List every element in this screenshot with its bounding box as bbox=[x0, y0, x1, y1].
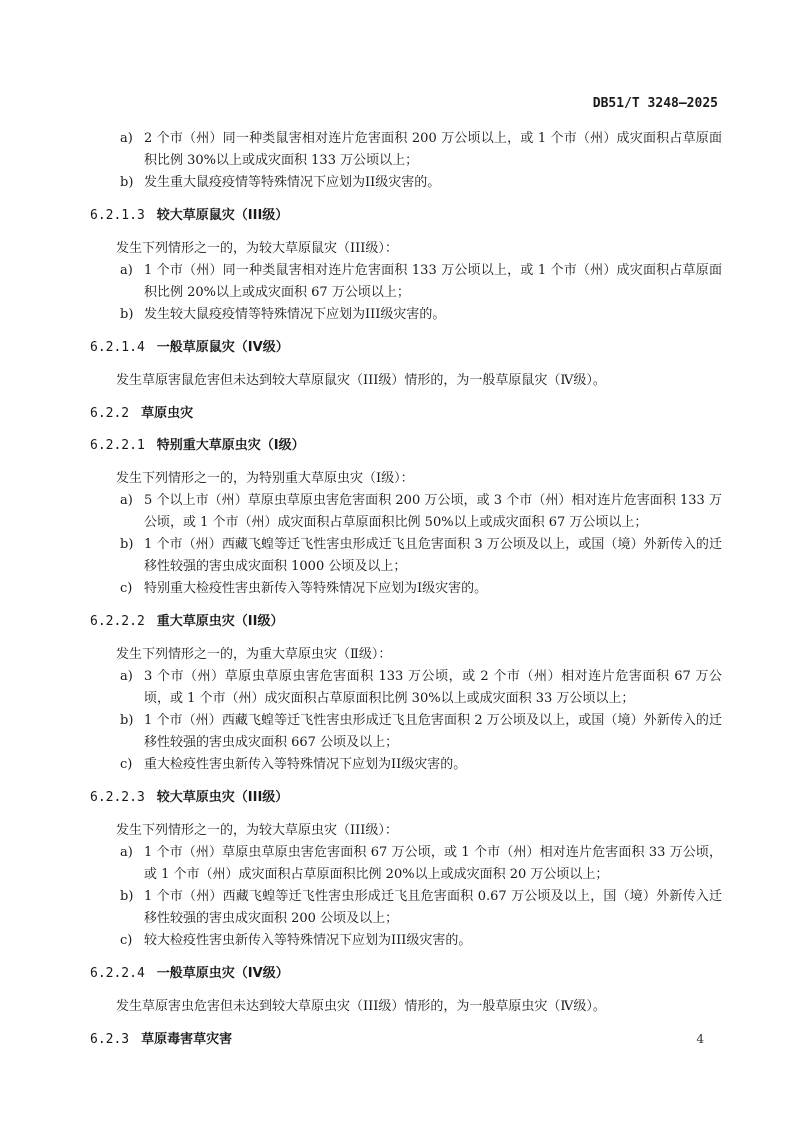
list-text: 1 个市（州）西藏飞蝗等迁飞性害虫形成迁飞且危害面积 2 万公顷及以上，或国（境… bbox=[144, 710, 722, 754]
list-text: 1 个市（州）草原虫草原虫害危害面积 67 万公顷，或 1 个市（州）相对连片危… bbox=[144, 842, 722, 886]
list-item: a) 3 个市（州）草原虫草原虫害危害面积 133 万公顷，或 2 个市（州）相… bbox=[90, 666, 722, 710]
list-item: c) 特别重大检疫性害虫新传入等特殊情况下应划为I级灾害的。 bbox=[90, 578, 722, 600]
list-text: 发生较大鼠疫疫情等特殊情况下应划为III级灾害的。 bbox=[144, 304, 722, 326]
section-heading: 6.2.2.3 较大草原虫灾（III级） bbox=[90, 788, 722, 808]
list-text: 重大检疫性害虫新传入等特殊情况下应划为II级灾害的。 bbox=[144, 754, 722, 776]
section-lead: 发生下列情形之一的，为特别重大草原虫灾（Ⅰ级）： bbox=[90, 468, 722, 490]
list-item: b) 1 个市（州）西藏飞蝗等迁飞性害虫形成迁飞且危害面积 3 万公顷及以上，或… bbox=[90, 534, 722, 578]
list-marker: c) bbox=[120, 930, 144, 952]
section-6-2-2-3: 6.2.2.3 较大草原虫灾（III级） 发生下列情形之一的，为较大草原虫灾（I… bbox=[90, 788, 722, 952]
section-lead: 发生下列情形之一的，为重大草原虫灾（Ⅱ级）： bbox=[90, 644, 722, 666]
document-page: DB51/T 3248—2025 a) 2 个市（州）同一种类鼠害相对连片危害面… bbox=[0, 0, 794, 1123]
section-lead: 发生下列情形之一的，为较大草原鼠灾（III级）： bbox=[90, 238, 722, 260]
list-item: b) 1 个市（州）西藏飞蝗等迁飞性害虫形成迁飞且危害面积 0.67 万公顷及以… bbox=[90, 886, 722, 930]
section-6-2-2: 6.2.2 草原虫灾 bbox=[90, 404, 722, 424]
section-6-2-2-1: 6.2.2.1 特别重大草原虫灾（Ⅰ级） 发生下列情形之一的，为特别重大草原虫灾… bbox=[90, 436, 722, 600]
section-lead: 发生下列情形之一的，为较大草原虫灾（III级）： bbox=[90, 820, 722, 842]
section-heading: 6.2.3 草原毒害草灾害 bbox=[90, 1030, 722, 1050]
list-item: b) 发生较大鼠疫疫情等特殊情况下应划为III级灾害的。 bbox=[90, 304, 722, 326]
list-marker: a) bbox=[120, 842, 144, 886]
section-heading: 6.2.2.1 特别重大草原虫灾（Ⅰ级） bbox=[90, 436, 722, 456]
list-marker: a) bbox=[120, 260, 144, 304]
list-marker: b) bbox=[120, 534, 144, 578]
section-heading: 6.2.2.4 一般草原虫灾（IV级） bbox=[90, 964, 722, 984]
list-item: b) 1 个市（州）西藏飞蝗等迁飞性害虫形成迁飞且危害面积 2 万公顷及以上，或… bbox=[90, 710, 722, 754]
section-number: 6.2.2 bbox=[90, 404, 129, 424]
document-body: a) 2 个市（州）同一种类鼠害相对连片危害面积 200 万公顷以上，或 1 个… bbox=[90, 128, 722, 1062]
list-item: a) 1 个市（州）草原虫草原虫害危害面积 67 万公顷，或 1 个市（州）相对… bbox=[90, 842, 722, 886]
list-marker: a) bbox=[120, 666, 144, 710]
document-code: DB51/T 3248—2025 bbox=[593, 96, 718, 111]
section-title: 较大草原鼠灾（III级） bbox=[157, 206, 289, 226]
section-number: 6.2.1.3 bbox=[90, 206, 145, 226]
section-heading: 6.2.2 草原虫灾 bbox=[90, 404, 722, 424]
page-number: 4 bbox=[696, 1032, 704, 1046]
list-marker: b) bbox=[120, 172, 144, 194]
list-item: a) 5 个以上市（州）草原虫草原虫害危害面积 200 万公顷，或 3 个市（州… bbox=[90, 490, 722, 534]
section-title: 一般草原鼠灾（IV级） bbox=[157, 338, 289, 358]
list-item: c) 较大检疫性害虫新传入等特殊情况下应划为III级灾害的。 bbox=[90, 930, 722, 952]
intro-list: a) 2 个市（州）同一种类鼠害相对连片危害面积 200 万公顷以上，或 1 个… bbox=[90, 128, 722, 194]
list-text: 5 个以上市（州）草原虫草原虫害危害面积 200 万公顷，或 3 个市（州）相对… bbox=[144, 490, 722, 534]
list-text: 1 个市（州）西藏飞蝗等迁飞性害虫形成迁飞且危害面积 0.67 万公顷及以上，国… bbox=[144, 886, 722, 930]
list-text: 1 个市（州）西藏飞蝗等迁飞性害虫形成迁飞且危害面积 3 万公顷及以上，或国（境… bbox=[144, 534, 722, 578]
section-number: 6.2.3 bbox=[90, 1030, 129, 1050]
section-number: 6.2.2.4 bbox=[90, 964, 145, 984]
section-title: 草原虫灾 bbox=[141, 404, 193, 424]
section-6-2-3: 6.2.3 草原毒害草灾害 bbox=[90, 1030, 722, 1050]
section-title: 特别重大草原虫灾（Ⅰ级） bbox=[157, 436, 305, 456]
section-6-2-2-4: 6.2.2.4 一般草原虫灾（IV级） 发生草原害虫危害但未达到较大草原虫灾（I… bbox=[90, 964, 722, 1018]
section-title: 草原毒害草灾害 bbox=[141, 1030, 232, 1050]
list-text: 1 个市（州）同一种类鼠害相对连片危害面积 133 万公顷以上，或 1 个市（州… bbox=[144, 260, 722, 304]
list-marker: a) bbox=[120, 128, 144, 172]
section-6-2-1-4: 6.2.1.4 一般草原鼠灾（IV级） 发生草原害鼠危害但未达到较大草原鼠灾（I… bbox=[90, 338, 722, 392]
section-6-2-2-2: 6.2.2.2 重大草原虫灾（II级） 发生下列情形之一的，为重大草原虫灾（Ⅱ级… bbox=[90, 612, 722, 776]
section-heading: 6.2.1.4 一般草原鼠灾（IV级） bbox=[90, 338, 722, 358]
section-6-2-1-3: 6.2.1.3 较大草原鼠灾（III级） 发生下列情形之一的，为较大草原鼠灾（I… bbox=[90, 206, 722, 326]
section-number: 6.2.2.2 bbox=[90, 612, 145, 632]
list-item: a) 2 个市（州）同一种类鼠害相对连片危害面积 200 万公顷以上，或 1 个… bbox=[90, 128, 722, 172]
section-number: 6.2.2.3 bbox=[90, 788, 145, 808]
section-heading: 6.2.2.2 重大草原虫灾（II级） bbox=[90, 612, 722, 632]
list-marker: b) bbox=[120, 886, 144, 930]
list-marker: a) bbox=[120, 490, 144, 534]
section-heading: 6.2.1.3 较大草原鼠灾（III级） bbox=[90, 206, 722, 226]
list-item: b) 发生重大鼠疫疫情等特殊情况下应划为II级灾害的。 bbox=[90, 172, 722, 194]
section-number: 6.2.1.4 bbox=[90, 338, 145, 358]
list-item: c) 重大检疫性害虫新传入等特殊情况下应划为II级灾害的。 bbox=[90, 754, 722, 776]
section-title: 重大草原虫灾（II级） bbox=[157, 612, 284, 632]
list-marker: c) bbox=[120, 578, 144, 600]
list-text: 特别重大检疫性害虫新传入等特殊情况下应划为I级灾害的。 bbox=[144, 578, 722, 600]
list-marker: b) bbox=[120, 304, 144, 326]
section-number: 6.2.2.1 bbox=[90, 436, 145, 456]
list-text: 2 个市（州）同一种类鼠害相对连片危害面积 200 万公顷以上，或 1 个市（州… bbox=[144, 128, 722, 172]
section-lead: 发生草原害虫危害但未达到较大草原虫灾（III级）情形的，为一般草原虫灾（Ⅳ级）。 bbox=[90, 996, 722, 1018]
list-text: 较大检疫性害虫新传入等特殊情况下应划为III级灾害的。 bbox=[144, 930, 722, 952]
section-title: 较大草原虫灾（III级） bbox=[157, 788, 289, 808]
section-lead: 发生草原害鼠危害但未达到较大草原鼠灾（III级）情形的，为一般草原鼠灾（Ⅳ级）。 bbox=[90, 370, 722, 392]
list-marker: c) bbox=[120, 754, 144, 776]
list-text: 3 个市（州）草原虫草原虫害危害面积 133 万公顷，或 2 个市（州）相对连片… bbox=[144, 666, 722, 710]
section-title: 一般草原虫灾（IV级） bbox=[157, 964, 289, 984]
list-item: a) 1 个市（州）同一种类鼠害相对连片危害面积 133 万公顷以上，或 1 个… bbox=[90, 260, 722, 304]
list-marker: b) bbox=[120, 710, 144, 754]
list-text: 发生重大鼠疫疫情等特殊情况下应划为II级灾害的。 bbox=[144, 172, 722, 194]
